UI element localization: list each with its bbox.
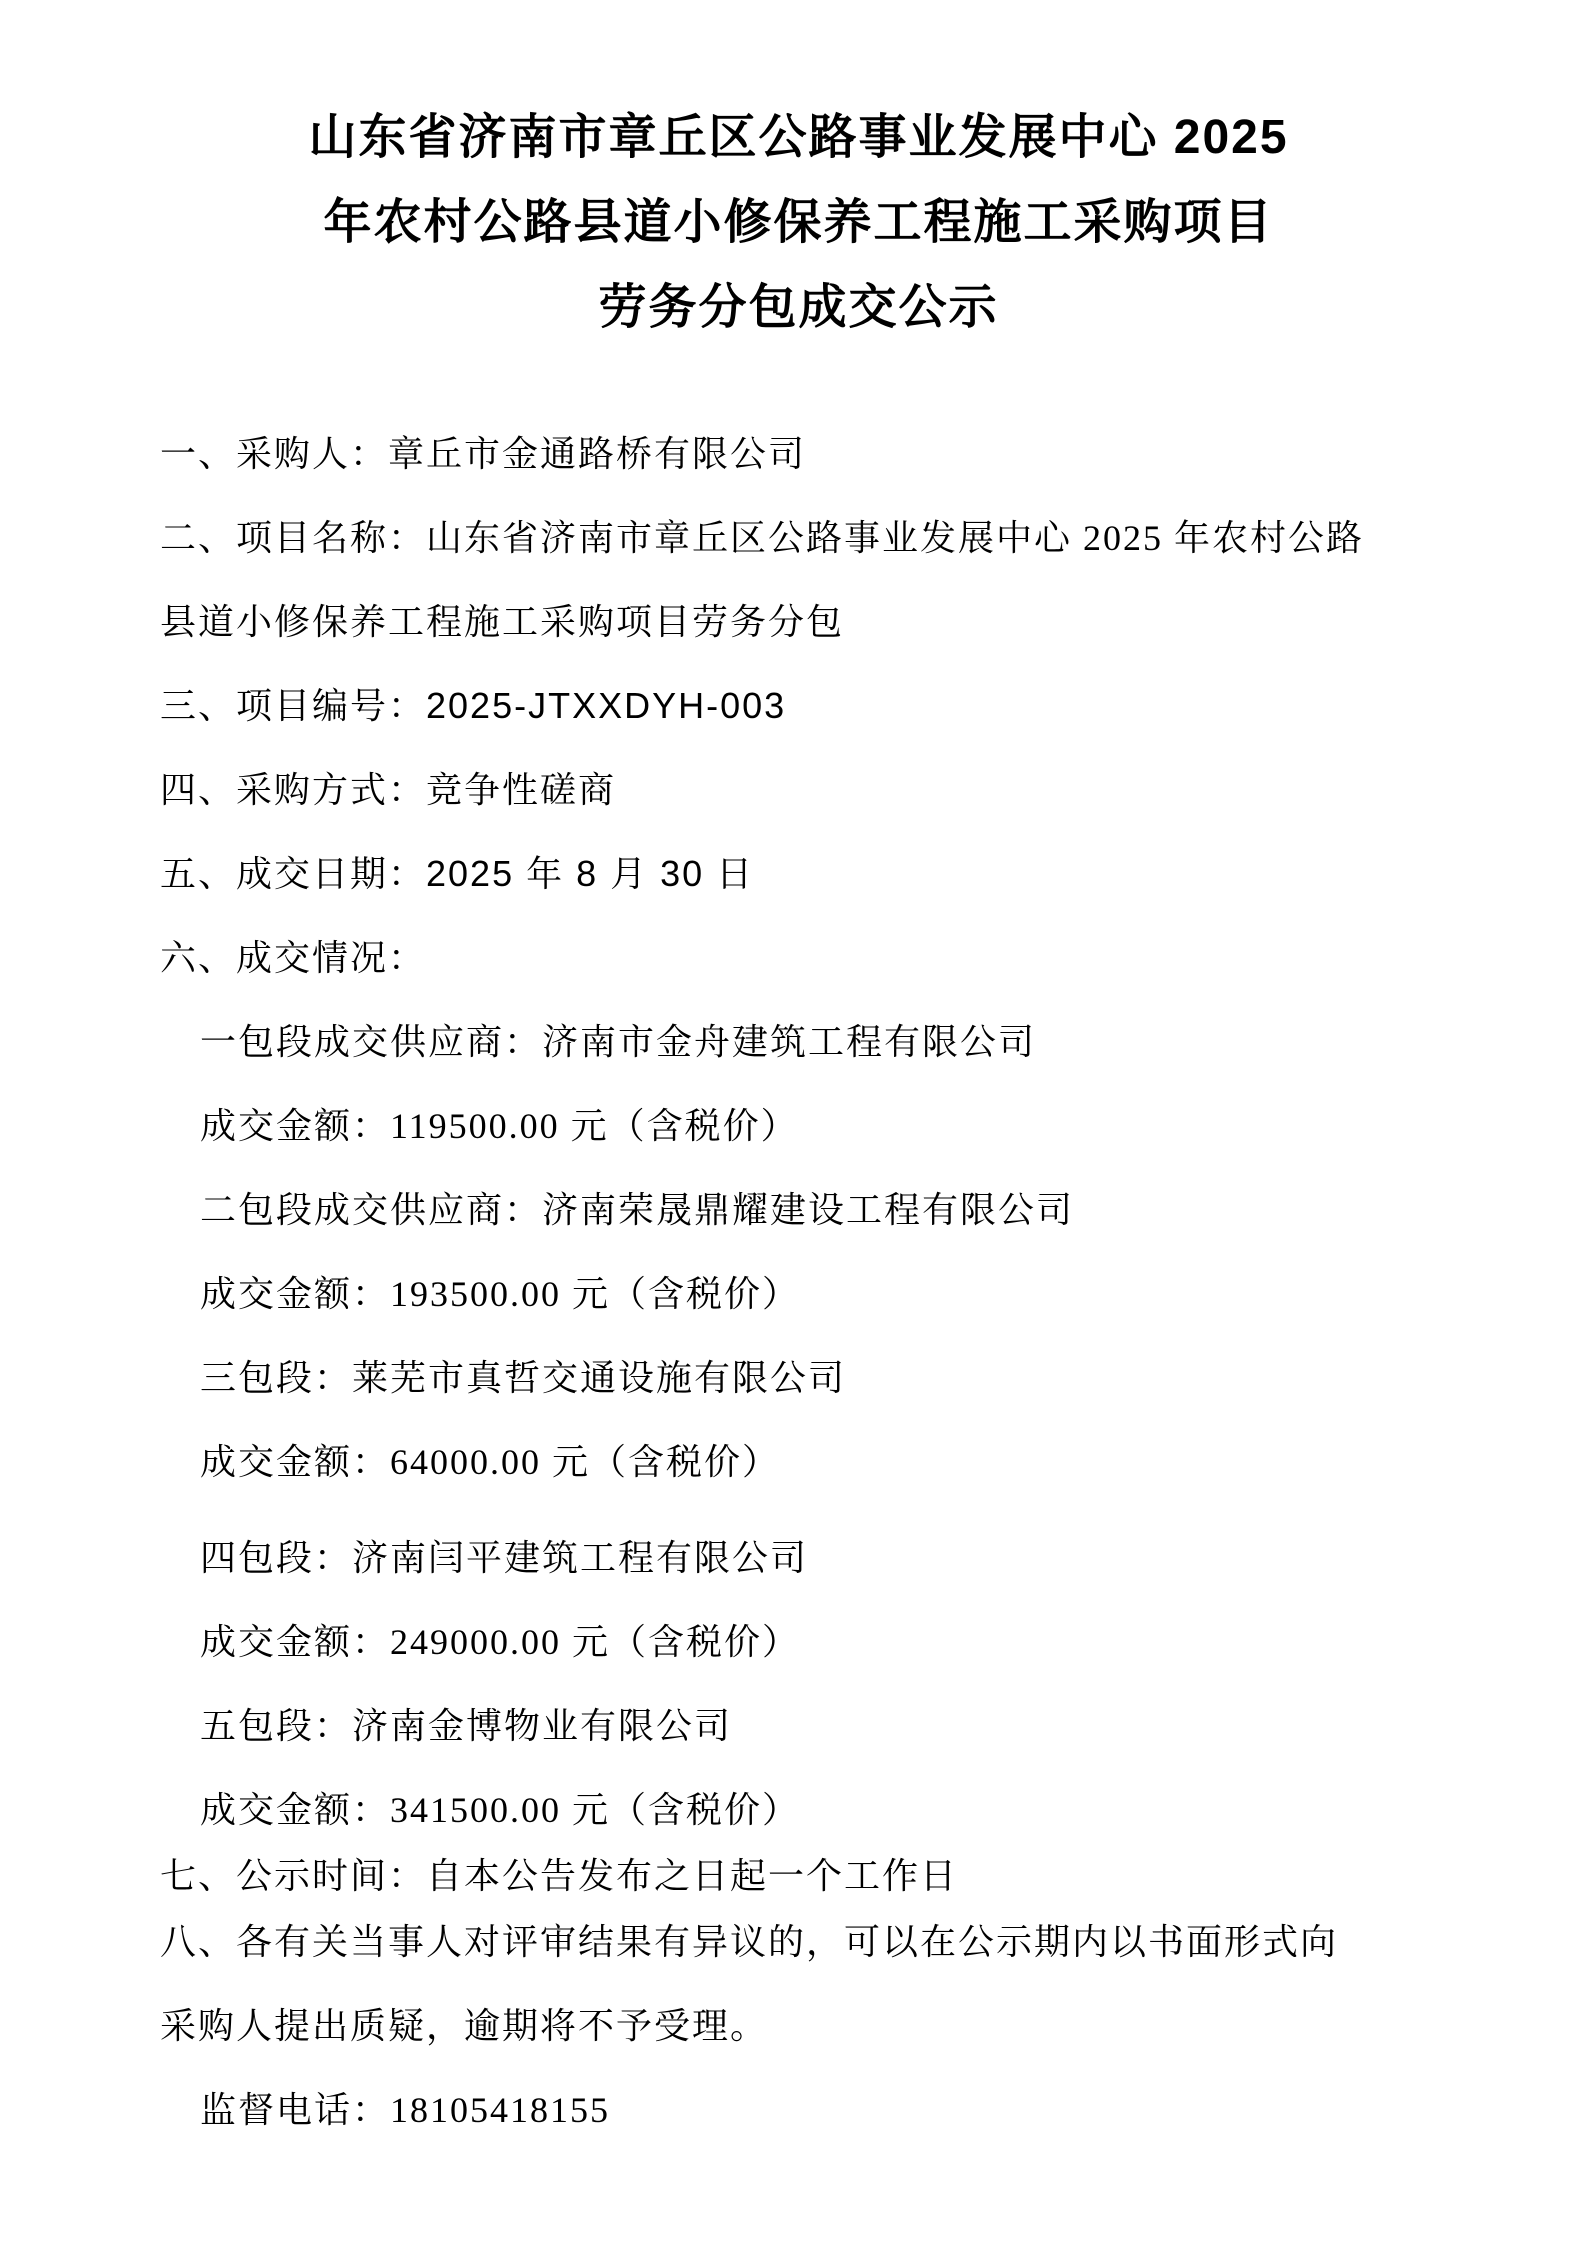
- package-4-amount: 成交金额：249000.00 元（含税价）: [160, 1600, 1437, 1684]
- package-1-supplier: 一包段成交供应商：济南市金舟建筑工程有限公司: [160, 1000, 1437, 1084]
- package-4-supplier: 四包段：济南闫平建筑工程有限公司: [160, 1516, 1437, 1600]
- deal-date-value: 2025 年 8 月 30 日: [426, 853, 754, 894]
- package-5-supplier: 五包段：济南金博物业有限公司: [160, 1684, 1437, 1768]
- package-2-amount: 成交金额：193500.00 元（含税价）: [160, 1252, 1437, 1336]
- item-project-number: 三、项目编号：2025-JTXXDYH-003: [160, 664, 1437, 748]
- supervision-phone: 监督电话：18105418155: [160, 2068, 1437, 2152]
- project-number-value: 2025-JTXXDYH-003: [426, 685, 786, 726]
- item-purchaser: 一、采购人：章丘市金通路桥有限公司: [160, 412, 1437, 496]
- package-5-amount: 成交金额：341500.00 元（含税价）: [160, 1768, 1437, 1852]
- item-project-name-wrap: 县道小修保养工程施工采购项目劳务分包: [160, 580, 1437, 664]
- item-objection-note-wrap: 采购人提出质疑，逾期将不予受理。: [160, 1984, 1437, 2068]
- document-title: 山东省济南市章丘区公路事业发展中心 2025 年农村公路县道小修保养工程施工采购…: [160, 95, 1437, 350]
- document-title-line-1: 山东省济南市章丘区公路事业发展中心 2025: [160, 95, 1437, 180]
- package-3-amount: 成交金额：64000.00 元（含税价）: [160, 1420, 1437, 1504]
- document-page: 山东省济南市章丘区公路事业发展中心 2025 年农村公路县道小修保养工程施工采购…: [0, 0, 1587, 2263]
- document-title-line-2: 年农村公路县道小修保养工程施工采购项目: [160, 180, 1437, 265]
- item-deal-date: 五、成交日期：2025 年 8 月 30 日: [160, 832, 1437, 916]
- document-title-line-3: 劳务分包成交公示: [160, 265, 1437, 350]
- item-procurement-method: 四、采购方式：竞争性磋商: [160, 748, 1437, 832]
- project-number-label: 三、项目编号：: [160, 686, 426, 726]
- item-publicity-period: 七、公示时间：自本公告发布之日起一个工作日: [160, 1852, 1437, 1900]
- package-3-supplier: 三包段：莱芜市真哲交通设施有限公司: [160, 1336, 1437, 1420]
- item-objection-note: 八、各有关当事人对评审结果有异议的，可以在公示期内以书面形式向: [160, 1900, 1437, 1984]
- package-2-supplier: 二包段成交供应商：济南荣晟鼎耀建设工程有限公司: [160, 1168, 1437, 1252]
- item-project-name: 二、项目名称：山东省济南市章丘区公路事业发展中心 2025 年农村公路: [160, 496, 1437, 580]
- package-1-amount: 成交金额：119500.00 元（含税价）: [160, 1084, 1437, 1168]
- item-deal-result-heading: 六、成交情况：: [160, 916, 1437, 1000]
- deal-date-label: 五、成交日期：: [160, 854, 426, 894]
